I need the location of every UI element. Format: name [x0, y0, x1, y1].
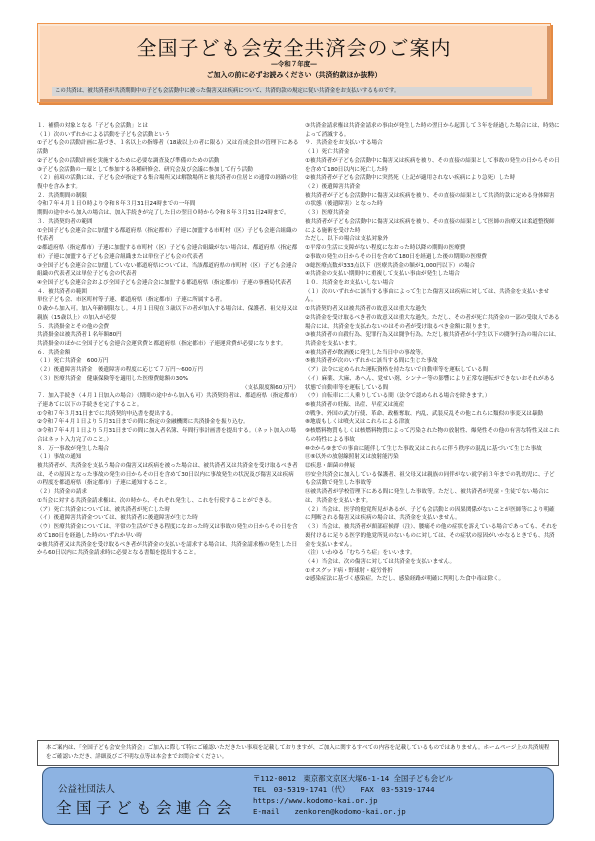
paragraph: ①子ども会の活動計画に基づき、１名以上の指導者（18歳以上の者に限る）又は育成会…	[37, 139, 299, 156]
page-title: 全国子ども会安全共済会のご案内	[38, 32, 550, 61]
paragraph: ②子ども会の活動計画を実施するために必要な調査及び準備のための活動	[37, 157, 299, 166]
website-link[interactable]: https://www.kodomo-kai.or.jp	[253, 795, 453, 806]
paragraph: （支払限度額60万円）	[37, 384, 299, 393]
paragraph: ただし、以下の場合は支払対象外	[305, 235, 560, 244]
paragraph: ４．被共済者の範囲	[37, 288, 299, 297]
tel-fax: TEL 03-5319-1741（代） FAX 03-5319-1744	[253, 784, 453, 795]
paragraph: 被共済者が、共済金を支払う場合の傷害又は疾病を被った場合は、被共済者又は共済金を…	[37, 462, 299, 488]
paragraph: （ア）死亡共済金については、被共済者が死亡した時	[37, 506, 299, 515]
paragraph: ２．共済期間の制限	[37, 192, 299, 201]
paragraph: ③被共済者の自殺行為、犯罪行為又は闘争行為。ただし被共済者が小学生以下の闘争行為…	[305, 331, 560, 348]
footer-contact-box: 公益社団法人 全国子ども会連合会 〒112-0012 東京都文京区大塚6-1-1…	[42, 767, 554, 825]
paragraph: ②共済金を受け取るべき者の故意又は重大な過失。ただし、その者が死亡共済金の一部の…	[305, 314, 560, 331]
paragraph: 令和７年４月１日０時より令和８年３月31日24時までの一年間	[37, 200, 299, 209]
paragraph: ０歳から加入可。加入年齢制限なし。４月１日現在３歳以下の者が加入する場合は、保護…	[37, 305, 299, 322]
paragraph: １０．共済金をお支払いしない場合	[305, 279, 560, 288]
paragraph: （注）いわゆる「むちうち症」をいいます。	[305, 549, 560, 558]
disclaimer-notice: 本ご案内は、「全国子ども会安全共済会」ご加入に際して特にご確認いただきたい事項を…	[37, 740, 559, 766]
paragraph: ⑨核燃料物質もしくは核燃料物質によって汚染された物の放射性、爆発性その他の有害な…	[305, 427, 560, 444]
paragraph: （ウ）医療共済金については、平常の生活ができる程度になおった時又は事故の発生の日…	[37, 523, 299, 540]
fiscal-year: ―令和７年度―	[38, 59, 550, 68]
paragraph: ⑦戦争、外国の武力行使、革命、政権奪取、内乱、武装反乱その他これらに類似の事変又…	[305, 410, 560, 419]
subtitle: ご加入の前に必ずお読みください（共済約款ほか抜粋）	[38, 70, 550, 80]
paragraph: （１）死亡共済金	[305, 148, 560, 157]
paragraph: ⑪⑨以外の放射線照射又は放射能汚染	[305, 453, 560, 462]
paragraph: （３）医療共済金 健康保険等を適用した医療費総額の30%	[37, 375, 299, 384]
paragraph: ①被共済者が子ども会活動中に傷害又は疾病を被り、その直接の結果として事故の発生の…	[305, 157, 560, 174]
paragraph: ②被共済者が子ども会活動中に突然死（上記が適用されない疾病により急死）した時	[305, 174, 560, 183]
paragraph: ①令和７年３月31日までに共済契約申込書を提出する。	[37, 410, 299, 419]
paragraph: （３）医療共済金	[305, 209, 560, 218]
paragraph: ④全国子ども会連合会および全国子ども会連合会に加盟する都道府県（指定都市）子連の…	[37, 279, 299, 288]
paragraph: ④被共済者が飲酒後に発生した当日中の事故等。	[305, 349, 560, 358]
paragraph: １．補償の対象となる「子ども会活動」とは	[37, 122, 299, 131]
paragraph: （イ）麻薬、大麻、あへん、覚せい剤、シンナー等の影響により正常な運転ができないお…	[305, 375, 560, 392]
paragraph: （１）次のいずれかに該当する事由によって生じた傷害又は疾病に対しては、共済金を支…	[305, 288, 560, 305]
email-link[interactable]: E-mail zenkoren@kodomo-kai.or.jp	[253, 806, 453, 817]
org-type: 公益社団法人	[58, 781, 115, 795]
paragraph: ６．共済金額	[37, 349, 299, 358]
paragraph: ②事故の発生の日からその日を含めて180日を経過した後の期間の医療費	[305, 253, 560, 262]
org-name: 全国子ども会連合会	[56, 796, 236, 818]
paragraph: ⑥被共済者の妊娠、出産、早産又は流産	[305, 401, 560, 410]
paragraph: （４）当会は、次の傷害に対しては共済金を支払いません。	[305, 558, 560, 567]
paragraph: （２）共済金の請求	[37, 488, 299, 497]
paragraph: ③全国子ども会連合会に加盟していない都道府県については、当該都道府県の市町村（区…	[37, 262, 299, 279]
paragraph: 期間の途中から加入の場合は、加入手続きが完了した日の翌日０時から令和８年３月31…	[37, 209, 299, 218]
paragraph: 共済掛金は被共済者１名年額80円	[37, 331, 299, 340]
paragraph: ⑩⑦から⑨までの事由に随伴して生じた事故又はこれらに伴う秩序の混乱に基づいて生じ…	[305, 445, 560, 454]
paragraph: ①平常の生活に支障がない程度になおった時以降の期間の医療費	[305, 244, 560, 253]
intro-statement: この共済は、被共済者が共済期間中の子ども会活動中に被った傷害又は疾病について、共…	[52, 87, 532, 96]
paragraph: 被共済者が子ども会活動中に傷害又は疾病を被り、その直接の結果として共済約款に定め…	[305, 192, 560, 209]
contact-info: 〒112-0012 東京都文京区大塚6-1-14 全国子ども会ビルTEL 03-…	[253, 773, 453, 817]
paragraph: （ア）法令に定められた運転資格を持たないで自動車等を運転している間	[305, 366, 560, 375]
paragraph: ②令和７年４月１日より５月31日までの間に指定の金融機関に共済掛金を振り込む。	[37, 418, 299, 427]
paragraph: ①オスグッド病・野球肘・疲労骨折	[305, 567, 560, 576]
paragraph: 共済掛金のほかに全国子ども会連合会運営費と都道府県（指定都市）子連運営費が必要に…	[37, 340, 299, 349]
paragraph: （ウ）自転車に二人乗りしている間（法令で認められる場合を除きます。）	[305, 392, 560, 401]
paragraph: ③総医療点数が333点以下（医療共済金の額が1,000円以下）の場合	[305, 262, 560, 271]
paragraph: 単位子ども会、市区町村等子連、都道府県（指定都市）子連に所属する者。	[37, 296, 299, 305]
paragraph: （イ）後遺障害共済金ついては、被共済者に後遺障害が生じた時	[37, 514, 299, 523]
paragraph: ①共済契約者又は被共済者の故意又は重大な過失	[305, 305, 560, 314]
paragraph: ３．共済契約者の範囲	[37, 218, 299, 227]
paragraph: （２）後遺障害共済金 後遺障害の程度に応じて７万円～600万円	[37, 366, 299, 375]
paragraph: （２）当会は、医学的他覚所見があるが、子ども会活動との因果関係がないことが医師等…	[305, 506, 560, 523]
paragraph: ③共済金請求権は共済金請求の事由が発生した時の翌日から起算して３年を経過した場合…	[305, 122, 560, 139]
paragraph: ③子ども会活動の一環として参加する各種研修会、研究会及び会議に参加して行う活動	[37, 166, 299, 175]
address: 〒112-0012 東京都文京区大塚6-1-14 全国子ども会ビル	[253, 773, 453, 784]
paragraph: ⑭被共済者が学校管理下にある間に発生した事故等。ただし、被共済者が児童・生徒でな…	[305, 488, 560, 505]
paragraph: （３）当会は、被共済者が頚部症候群（注）、腰痛その他の症状を訴えている場合であっ…	[305, 523, 560, 549]
paragraph: （１）死亡共済金 600万円	[37, 357, 299, 366]
paragraph: ①当会に対する共済金請求権は、次の時から、それぞれ発生し、これを行使することがで…	[37, 497, 299, 506]
paragraph: ①全国子ども会連合会に加盟する都道府県（指定都市）子連に加盟する市町村（区）子ど…	[37, 227, 299, 244]
paragraph: ④共済金の支払い期間中に重複して支払い事由が発生した場合	[305, 270, 560, 279]
paragraph: ⑫疾患・細菌の伸展	[305, 462, 560, 471]
paragraph: （２）前項の活動には、子ども会が指定する集合場所又は解散場所と被共済者の住居との…	[37, 174, 299, 191]
right-column: ③共済金請求権は共済金請求の事由が発生した時の翌日から起算して３年を経過した場合…	[305, 122, 560, 584]
paragraph: （１）事故の通知	[37, 453, 299, 462]
paragraph: ⑤被共済者が次のいずれかに該当する間に生じた事故	[305, 357, 560, 366]
paragraph: ②感染症法に基づく感染症。ただし、感染経路が明確に判明した食中毒は除く。	[305, 575, 560, 584]
paragraph: ９．共済金をお支払いする場合	[305, 139, 560, 148]
paragraph: （１）次のいずれかによる活動を子ども会活動という	[37, 131, 299, 140]
paragraph: ⑧地震もしくは噴火又はこれらによる津波	[305, 418, 560, 427]
paragraph: ７．加入手続き（４月１日加入の場合）（期間の途中から加入も可）共済契約者は、都道…	[37, 392, 299, 409]
paragraph: ５．共済掛金とその他の会費	[37, 323, 299, 332]
paragraph: 被共済者が子ども会活動中に傷害又は疾病を被り、その直接の結果として医師の治療又は…	[305, 218, 560, 235]
paragraph: ③令和７年４月１日より５月31日までの間に加入者名簿、年間行事計画書を提出する。…	[37, 427, 299, 444]
paragraph: （２）後遺障害共済金	[305, 183, 560, 192]
left-column: １．補償の対象となる「子ども会活動」とは（１）次のいずれかによる活動を子ども会活…	[37, 122, 299, 558]
paragraph: ②被共済者又は共済金を受け取るべき者が共済金の支払いを請求する場合は、共済金請求…	[37, 541, 299, 558]
paragraph: ⑬安全共済会に加入している保護者、祖父母又は親族の同伴がない就学前３年までの乳幼…	[305, 471, 560, 488]
paragraph: ②都道府県（指定都市）子連に加盟する市町村（区）子ども会連合組織がない場合は、都…	[37, 244, 299, 261]
paragraph: ８．万一事故が発生した場合	[37, 445, 299, 454]
header-banner: 全国子ども会安全共済会のご案内 ―令和７年度― ご加入の前に必ずお読みください（…	[37, 23, 551, 103]
